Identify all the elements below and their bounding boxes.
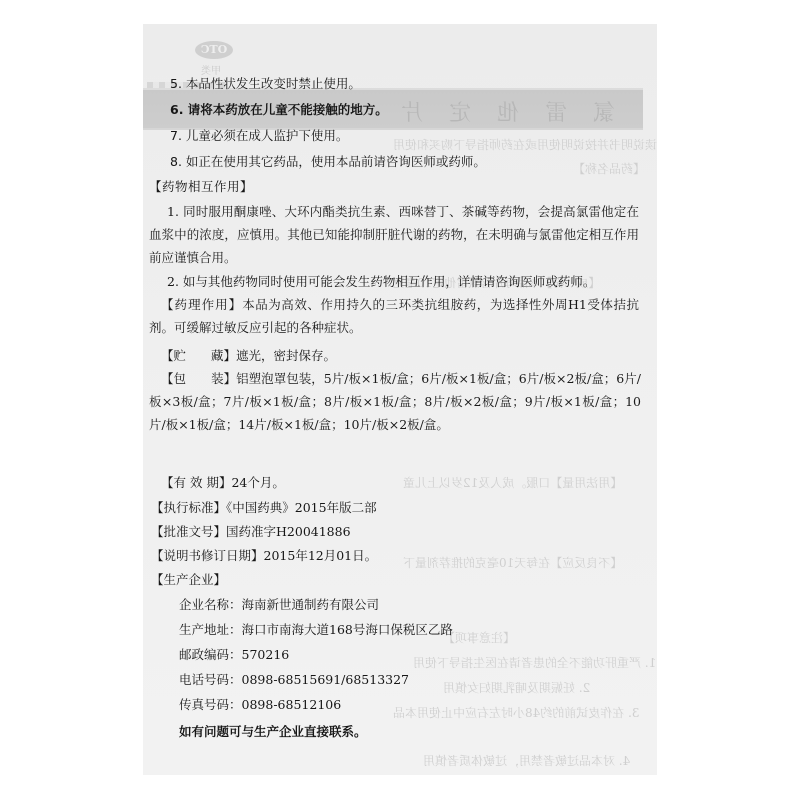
phone-row: 电话号码：0898-68515691/68513327 bbox=[179, 672, 409, 688]
manufacturer-address-row: 生产地址：海口市南海大道168号海口保税区乙路 bbox=[179, 622, 453, 638]
reverse-ghost-text: 【不良反应】在每天10毫克的推荐剂量下 bbox=[403, 554, 622, 571]
contact-note: 如有问题可与生产企业直接联系。 bbox=[179, 724, 367, 740]
interaction-item-1: 1. 同时服用酮康唑、大环内酯类抗生素、西咪替丁、茶碱等药物，会提高氯雷他定在血… bbox=[149, 200, 639, 269]
pharmacology-heading: 【药理作用】 bbox=[161, 297, 242, 312]
packaging-section: 【包 装】铝塑泡罩包装，5片/板×1板/盒；6片/板×1板/盒；6片/板×2板/… bbox=[149, 367, 641, 436]
field-label: 邮政编码： bbox=[179, 647, 242, 662]
postal-code: 570216 bbox=[242, 647, 290, 662]
pharmacology-section: 【药理作用】本品为高效、作用持久的三环类抗组胺药，为选择性外周H1受体拮抗剂。可… bbox=[149, 293, 639, 339]
approval-section: 【批准文号】国药准字H20041886 bbox=[151, 524, 351, 540]
validity-heading: 【有 效 期】 bbox=[161, 475, 231, 490]
fax-number: 0898-68512106 bbox=[242, 697, 342, 712]
storage-section: 【贮 藏】遮光，密封保存。 bbox=[161, 348, 336, 364]
postal-code-row: 邮政编码：570216 bbox=[179, 647, 289, 663]
manufacturer-heading: 【生产企业】 bbox=[151, 572, 226, 588]
otc-badge-icon: OTC bbox=[195, 41, 233, 59]
reverse-ghost-text: 4. 对本品过敏者禁用，过敏体质者慎用 bbox=[423, 752, 630, 769]
interaction-item-2: 2. 如与其他药物同时使用可能会发生药物相互作用，详情请咨询医师或药师。 bbox=[167, 274, 595, 290]
company-name: 海南新世通制药有限公司 bbox=[242, 597, 380, 612]
validity-text: 24个月。 bbox=[231, 475, 284, 490]
reverse-ghost-text: 【药品名称】 bbox=[573, 160, 645, 177]
approval-heading: 【批准文号】 bbox=[151, 524, 226, 539]
validity-section: 【有 效 期】24个月。 bbox=[161, 475, 285, 491]
warning-item-8: 8. 如正在使用其它药品，使用本品前请咨询医师或药师。 bbox=[170, 154, 486, 170]
otc-category-label: 甲类 bbox=[201, 62, 221, 77]
warning-item-6: 6. 请将本药放在儿童不能接触的地方。 bbox=[170, 102, 388, 118]
field-label: 传真号码： bbox=[179, 697, 242, 712]
address: 海口市南海大道168号海口保税区乙路 bbox=[242, 622, 453, 637]
field-label: 企业名称： bbox=[179, 597, 242, 612]
reverse-ghost-text: 2. 妊娠期及哺乳期妇女慎用 bbox=[443, 679, 590, 696]
reverse-ghost-text: 1. 严重肝功能不全的患者请在医生指导下使用 bbox=[413, 654, 656, 671]
storage-text: 遮光，密封保存。 bbox=[236, 348, 336, 363]
packaging-heading: 【包 装】 bbox=[161, 371, 236, 386]
reverse-ghost-text: 【用法用量】口服。成人及12岁以上儿童 bbox=[403, 474, 622, 491]
field-label: 电话号码： bbox=[179, 672, 242, 687]
standard-heading: 【执行标准】 bbox=[151, 500, 226, 515]
fax-row: 传真号码：0898-68512106 bbox=[179, 697, 341, 713]
manufacturer-name-row: 企业名称：海南新世通制药有限公司 bbox=[179, 597, 379, 613]
revision-date-heading: 【说明书修订日期】 bbox=[151, 548, 264, 563]
field-label: 生产地址： bbox=[179, 622, 242, 637]
phone-number: 0898-68515691/68513327 bbox=[242, 672, 410, 687]
insert-page: 氯雷他定片 OTC 甲类 请仔细阅读说明书并按说明使用或在药师指导下购买和使用 … bbox=[143, 24, 657, 775]
revision-date-text: 2015年12月01日。 bbox=[264, 548, 378, 563]
warning-item-7: 7. 儿童必须在成人监护下使用。 bbox=[170, 128, 348, 144]
standard-section: 【执行标准】《中国药典》2015年版二部 bbox=[151, 500, 377, 516]
reverse-title: 氯雷他定片 bbox=[375, 96, 615, 127]
reverse-ghost-text: 【注意事项】 bbox=[443, 629, 515, 646]
standard-text: 《中国药典》2015年版二部 bbox=[226, 500, 377, 515]
reverse-ghost-text: 3. 在作皮试前的约48小时左右应中止使用本品 bbox=[393, 704, 640, 721]
reverse-ghost-text: 请仔细阅读说明书并按说明使用或在药师指导下购买和使用 bbox=[393, 136, 657, 153]
storage-heading: 【贮 藏】 bbox=[161, 348, 236, 363]
interactions-heading: 【药物相互作用】 bbox=[149, 179, 253, 195]
revision-date-section: 【说明书修订日期】2015年12月01日。 bbox=[151, 548, 377, 564]
warning-item-5: 5. 本品性状发生改变时禁止使用。 bbox=[170, 76, 361, 92]
approval-number: 国药准字H20041886 bbox=[226, 524, 351, 539]
